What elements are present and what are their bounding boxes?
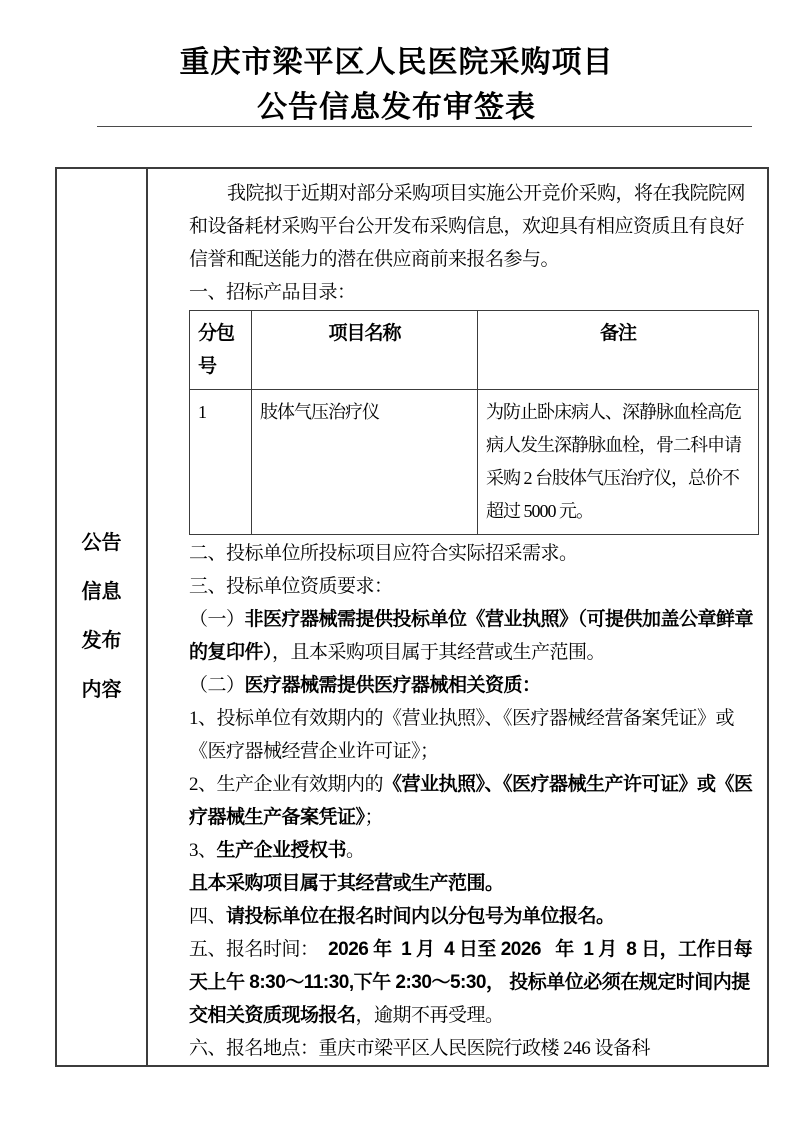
approval-form-table: 公告 信息 发布 内容 我院拟于近期对部分采购项目实施公开竞价采购，将在我院院网… [55, 167, 769, 1067]
document-title: 重庆市梁平区人民医院采购项目 公告信息发布审签表 [0, 0, 793, 130]
catalog-header-package-no: 分包号 [190, 311, 252, 390]
section3-item2-bold: 医疗器械需提供医疗器械相关资质： [245, 675, 541, 696]
catalog-table: 分包号 项目名称 备注 1 肢体气压治疗仪 为防止卧床病人、深静脉血栓高危病人发… [189, 310, 759, 535]
qualification-3-suffix: 。 [346, 840, 365, 861]
qualification-2-prefix: 2、生产企业有效期内的 [189, 774, 383, 795]
section3-item1-prefix: （一） [189, 609, 245, 630]
row-label-line: 信息 [58, 568, 145, 617]
section5-text: 五、报名时间： 2026 年 1 月 4 日至 2026 年 1 月 8 日，工… [189, 933, 759, 1032]
catalog-header-remark: 备注 [478, 311, 759, 390]
section3-item1: （一）非医疗器械需提供投标单位《营业执照》（可提供加盖公章鲜章的复印件），且本采… [189, 603, 759, 669]
section5-suffix: ，逾期不再受理。 [356, 1005, 504, 1026]
intro-paragraph: 我院拟于近期对部分采购项目实施公开竞价采购，将在我院院网和设备耗材采购平台公开发… [189, 177, 759, 276]
qualification-1: 1、投标单位有效期内的《营业执照》、《医疗器械经营备案凭证》或《医疗器械经营企业… [189, 702, 759, 768]
row-label-line: 内容 [58, 666, 145, 715]
section5-prefix: 五、报名时间： [189, 939, 319, 960]
catalog-cell-remark: 为防止卧床病人、深静脉血栓高危病人发生深静脉血栓，骨二科申请采购 2 台肢体气压… [478, 390, 759, 535]
catalog-cell-item-name: 肢体气压治疗仪 [252, 390, 478, 535]
catalog-header-item-name: 项目名称 [252, 311, 478, 390]
row-label-cell: 公告 信息 发布 内容 [56, 168, 147, 1066]
section2-text: 二、投标单位所投标项目应符合实际招采需求。 [189, 537, 759, 570]
title-divider [97, 126, 752, 127]
qualification-3-bold: 生产企业授权书 [217, 840, 347, 861]
document-page: 重庆市梁平区人民医院采购项目 公告信息发布审签表 公告 信息 发布 内容 我院拟… [0, 0, 793, 1122]
section1-heading: 一、招标产品目录： [189, 276, 759, 309]
title-line-2: 公告信息发布审签表 [0, 85, 793, 130]
catalog-header-row: 分包号 项目名称 备注 [190, 311, 759, 390]
section3-item2-prefix: （二） [189, 675, 245, 696]
section3-item1-suffix: ，且本采购项目属于其经营或生产范围。 [272, 642, 605, 663]
catalog-cell-package-no: 1 [190, 390, 252, 535]
section3-heading: 三、投标单位资质要求： [189, 570, 759, 603]
qualification-2-suffix: ； [365, 807, 384, 828]
qualification-2: 2、生产企业有效期内的《营业执照》、《医疗器械生产许可证》或《医疗器械生产备案凭… [189, 768, 759, 834]
section4-prefix: 四、 [189, 906, 226, 927]
catalog-data-row: 1 肢体气压治疗仪 为防止卧床病人、深静脉血栓高危病人发生深静脉血栓，骨二科申请… [190, 390, 759, 535]
section3-item2: （二）医疗器械需提供医疗器械相关资质： [189, 669, 759, 702]
title-line-1: 重庆市梁平区人民医院采购项目 [0, 40, 793, 85]
qualification-3-prefix: 3、 [189, 840, 217, 861]
row-label-line: 公告 [58, 519, 145, 568]
announcement-content-cell: 我院拟于近期对部分采购项目实施公开竞价采购，将在我院院网和设备耗材采购平台公开发… [147, 168, 768, 1066]
announcement-row: 公告 信息 发布 内容 我院拟于近期对部分采购项目实施公开竞价采购，将在我院院网… [56, 168, 768, 1066]
scope-note: 且本采购项目属于其经营或生产范围。 [189, 867, 759, 900]
row-label-line: 发布 [58, 617, 145, 666]
qualification-3: 3、生产企业授权书。 [189, 834, 759, 867]
section4-bold: 请投标单位在报名时间内以分包号为单位报名。 [226, 906, 615, 927]
section6-text: 六、报名地点：重庆市梁平区人民医院行政楼 246 设备科 [189, 1032, 759, 1065]
section4-text: 四、请投标单位在报名时间内以分包号为单位报名。 [189, 900, 759, 933]
